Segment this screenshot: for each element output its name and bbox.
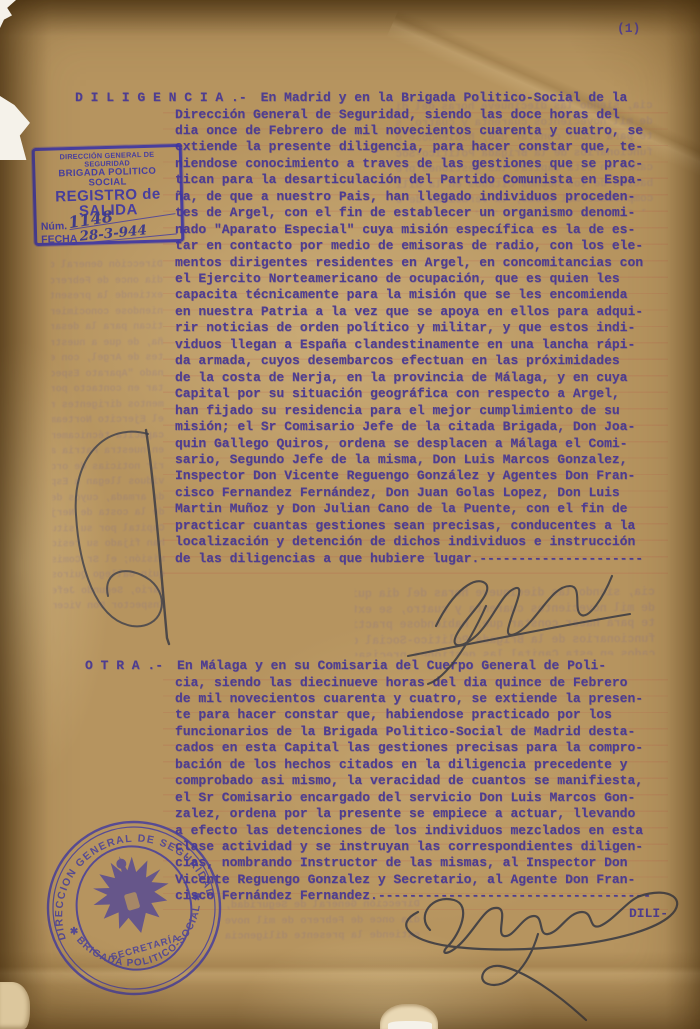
diligencia-heading: D I L I G E N C I A .-	[75, 90, 247, 105]
stamp-fecha-label: FECHA	[41, 234, 77, 246]
catchword: DILI-	[629, 906, 668, 921]
diligencia-first-line: En Madrid y en la Brigada Politico-Socia…	[261, 90, 628, 105]
otra-heading-line: O T R A .-En Málaga y en su Comisaria de…	[85, 658, 606, 674]
stamp-num-label: Núm.	[41, 221, 68, 233]
diligencia-heading-line: D I L I G E N C I A .-En Madrid y en la …	[75, 90, 627, 106]
otra-first-line: En Málaga y en su Comisaria del Cuerpo G…	[177, 658, 606, 673]
otra-heading: O T R A .-	[85, 658, 163, 673]
otra-body: cia, siendo las diecinueve horas del dia…	[175, 675, 651, 905]
diligencia-body: Dirección General de Seguridad, siendo l…	[175, 107, 643, 568]
page-number: (1)	[617, 21, 640, 36]
registry-exit-stamp: DIRECCIÓN GENERAL DE SEGURIDAD BRIGADA P…	[32, 144, 185, 246]
